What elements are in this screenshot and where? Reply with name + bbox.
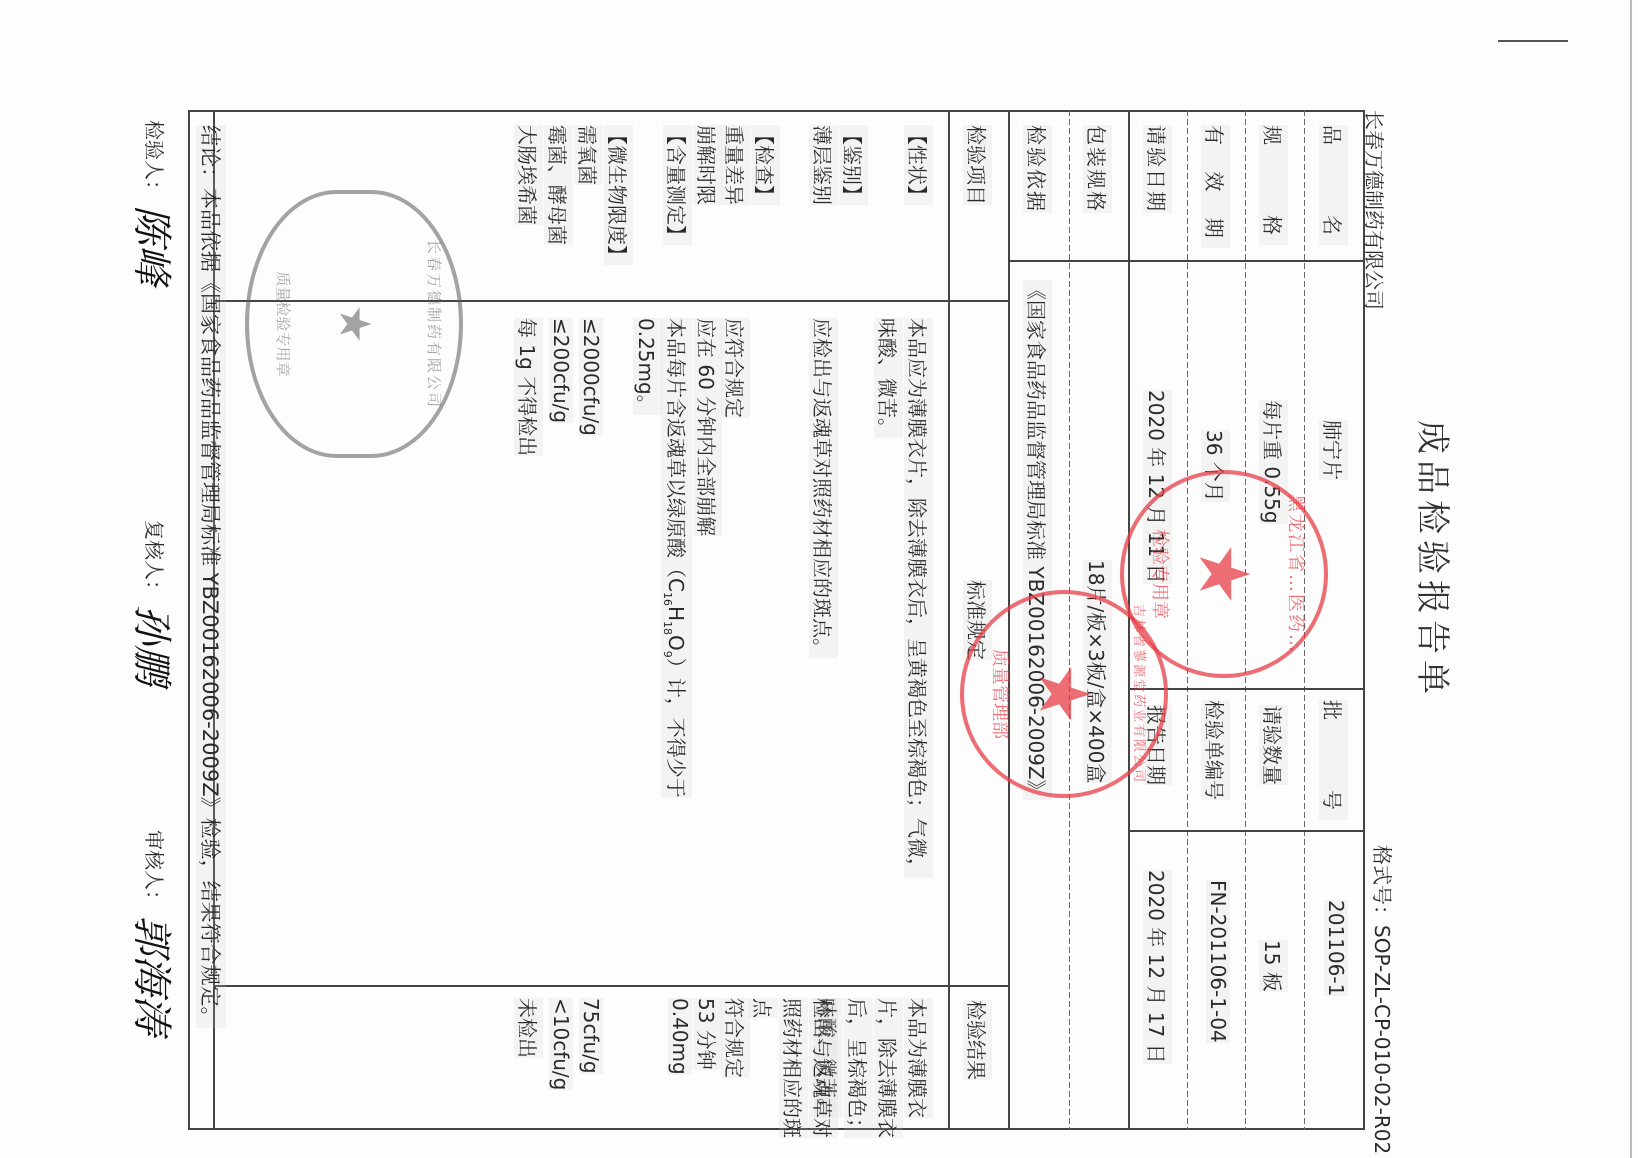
test-item: 【性状】 bbox=[904, 125, 933, 205]
checker-label: 复核人： bbox=[141, 520, 170, 600]
standard-text: 应检出与返魂草对照药材相应的斑点。 bbox=[809, 318, 838, 658]
test-item: 【微生物限度】 bbox=[604, 125, 633, 265]
col-divider bbox=[1130, 830, 1365, 832]
standard-text: 应在 60 分钟内全部崩解 bbox=[693, 318, 722, 536]
stamp-bottom-text: 质量检验专用章 bbox=[273, 194, 294, 454]
result-text: <10cfu/g bbox=[549, 998, 573, 1090]
test-item: 重量差异 bbox=[721, 125, 750, 205]
star-icon: ★ bbox=[332, 304, 376, 343]
test-item: 大肠埃希菌 bbox=[514, 125, 543, 225]
value-product-name: 肺宁片 bbox=[1319, 420, 1348, 480]
result-text: 检出与返魂草对 bbox=[809, 998, 838, 1138]
result-text: 本品为薄膜衣 bbox=[904, 998, 933, 1118]
result-text: 后，呈棕褐色； bbox=[844, 998, 873, 1138]
result-text: 符合规定 bbox=[721, 998, 750, 1078]
table-top-border bbox=[1363, 110, 1365, 1130]
label-request-qty: 请验数量 bbox=[1259, 705, 1288, 785]
test-item: 崩解时限 bbox=[693, 125, 722, 205]
stamp-ring-text: 长春万德制药有限公司 bbox=[424, 194, 445, 454]
standard-text: 0.25mg。 bbox=[633, 318, 662, 415]
label-packaging: 包装规格 bbox=[1083, 125, 1112, 213]
standard-text: 每 1g 不得检出 bbox=[514, 318, 543, 456]
table-left-border bbox=[215, 110, 1365, 112]
value-sheet-no: FN-201106-1-04 bbox=[1206, 880, 1230, 1043]
stamp-ring-text: 黑龙江省…医药… bbox=[1284, 474, 1310, 674]
quality-dept-stamp-red: 吉林省蓼源堂药业有限公司 ★ 质量管理部 bbox=[960, 590, 1168, 798]
border bbox=[188, 1128, 243, 1130]
format-number: 格式号：SOP-ZL-CP-010-02-R02 bbox=[1369, 845, 1398, 1154]
stamp-ring-text: 吉林省蓼源堂药业有限公司 bbox=[1131, 594, 1150, 794]
value-request-qty: 15 板 bbox=[1259, 940, 1288, 992]
inspection-report-document: 成品检验报告单 格式号：SOP-ZL-CP-010-02-R02 长春万德制药有… bbox=[0, 0, 1638, 1158]
result-text: 未检出 bbox=[514, 998, 543, 1058]
value-batch: 201106-1 bbox=[1324, 900, 1348, 996]
company-name: 长春万德制药有限公司 bbox=[1361, 110, 1390, 310]
star-icon: ★ bbox=[1029, 663, 1099, 726]
reviewer-label: 审核人： bbox=[141, 830, 170, 910]
standard-text: ≤2000cfu/g bbox=[579, 318, 603, 436]
standard-text: 本品应为薄膜衣片，除去薄膜衣后，呈黄褐色至棕褐色；气微， bbox=[904, 318, 933, 878]
result-text: 53 分钟 bbox=[693, 998, 722, 1070]
format-value: SOP-ZL-CP-010-02-R02 bbox=[1370, 925, 1394, 1154]
label-product-name: 品 名 bbox=[1319, 125, 1348, 245]
result-text: 点 bbox=[749, 998, 778, 1018]
standard-text: ≤200cfu/g bbox=[549, 318, 573, 423]
star-icon: ★ bbox=[1189, 543, 1259, 606]
test-item: 薄层鉴别 bbox=[809, 125, 838, 205]
col-divider bbox=[1010, 260, 1365, 262]
label-validity: 有 效 期 bbox=[1201, 125, 1230, 248]
header-divider bbox=[948, 110, 950, 1130]
reviewer-signature: 郭海涛 bbox=[126, 915, 183, 1035]
test-item: 【鉴别】 bbox=[839, 125, 868, 205]
inspector-signature: 陈峰 bbox=[126, 205, 183, 285]
border bbox=[188, 110, 243, 112]
test-item: 【检查】 bbox=[751, 125, 780, 205]
result-text: 片，除去薄膜衣 bbox=[874, 998, 903, 1138]
value-report-date: 2020 年 12 月 17 日 bbox=[1143, 870, 1172, 1064]
label-request-date: 请验日期 bbox=[1143, 125, 1172, 213]
scanned-page: 成品检验报告单 格式号：SOP-ZL-CP-010-02-R02 长春万德制药有… bbox=[0, 0, 1638, 1158]
stamp-bottom-text: 质量管理部 bbox=[988, 594, 1014, 794]
result-text: 照药材相应的斑 bbox=[779, 998, 808, 1138]
test-item: 霉菌、酵母菌 bbox=[544, 125, 573, 245]
format-label: 格式号： bbox=[1370, 845, 1394, 925]
label-sheet-no: 检验单编号 bbox=[1201, 700, 1230, 800]
result-text: 75cfu/g bbox=[579, 998, 603, 1074]
col-header-result: 检验结果 bbox=[963, 1000, 992, 1080]
conclusion-bottom-border bbox=[188, 110, 190, 1130]
inspector-label: 检验人： bbox=[141, 120, 170, 200]
label-spec: 规 格 bbox=[1259, 125, 1288, 245]
test-item: 【含量测定】 bbox=[663, 125, 692, 245]
standard-text: 应符合规定 bbox=[721, 318, 750, 418]
standard-text: 味酸、微苦。 bbox=[874, 318, 903, 438]
label-batch: 批 号 bbox=[1319, 700, 1348, 820]
company-seal-gray: 长春万德制药有限公司 ★ 质量检验专用章 bbox=[245, 190, 463, 458]
col-header-item: 检验项目 bbox=[963, 125, 992, 205]
standard-text: 本品每片含返魂草以绿原酸（C16H18O9）计，不得少于 bbox=[661, 318, 692, 798]
result-text: 0.40mg bbox=[668, 998, 692, 1075]
label-basis: 检验依据 bbox=[1023, 125, 1052, 213]
report-title: 成品检验报告单 bbox=[1411, 420, 1460, 700]
checker-signature: 孙鹏 bbox=[126, 605, 183, 685]
conclusion-text: 结论：本品依据《国家食品药品监督管理局标准 YBZ00162006-2009Z》… bbox=[196, 125, 226, 1028]
col-divider-result bbox=[215, 985, 1010, 987]
test-item: 需氧菌 bbox=[574, 125, 603, 185]
